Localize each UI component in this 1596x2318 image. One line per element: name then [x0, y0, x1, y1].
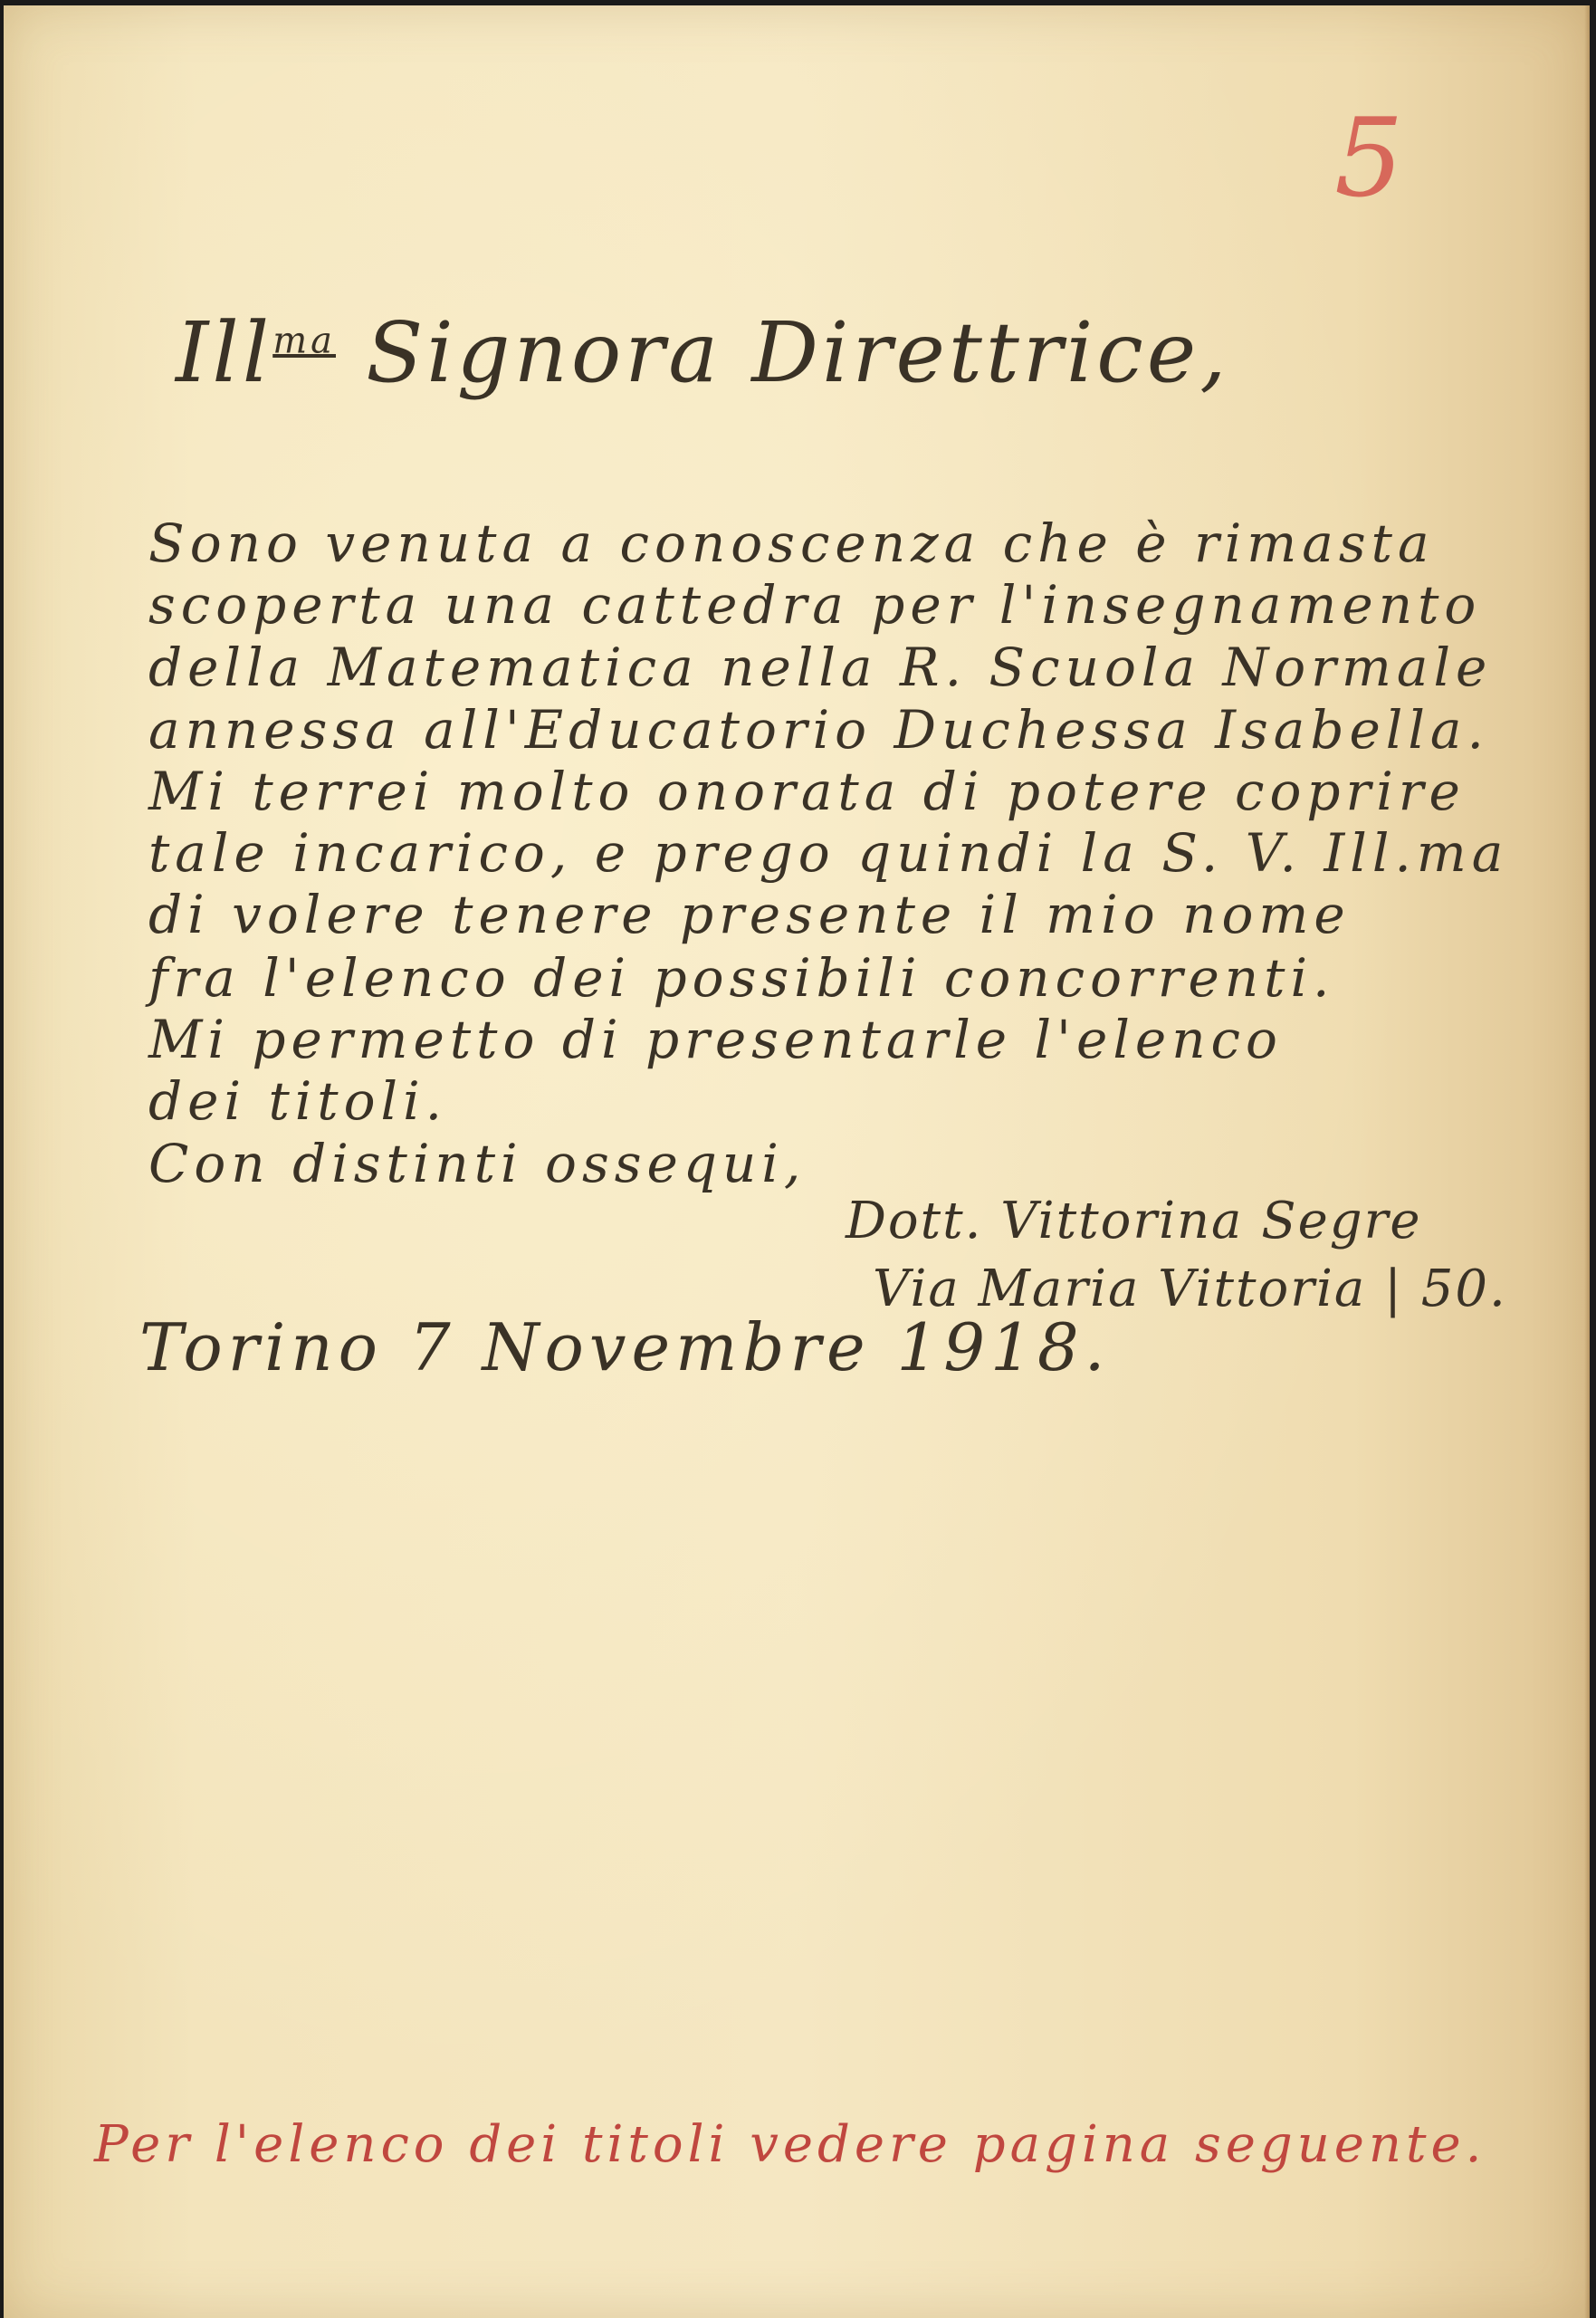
body-line: di volere tenere presente il mio nome — [148, 884, 1351, 945]
body-line: annessa all'Educatorio Duchessa Isabella… — [148, 699, 1489, 761]
page-edge — [1584, 5, 1590, 2318]
date-line: Torino 7 Novembre 1918. — [139, 1309, 1111, 1385]
salutation-superscript: ma — [272, 320, 336, 361]
body-line: dei titoli. — [148, 1070, 447, 1132]
signature-name: Dott. Vittorina Segre — [846, 1192, 1422, 1250]
body-line: Mi permetto di presentarle l'elenco — [148, 1009, 1283, 1070]
body-line: scoperta una cattedra per l'insegnamento — [148, 574, 1481, 636]
red-annotation: Per l'elenco dei titoli vedere pagina se… — [94, 2115, 1486, 2174]
page-number: 5 — [1334, 96, 1403, 222]
salutation-text: Signora Direttrice, — [366, 304, 1229, 401]
salutation: Illma Signora Direttrice, — [176, 304, 1229, 401]
body-line: Sono venuta a conoscenza che è rimasta — [148, 512, 1435, 574]
body-line: tale incarico, e prego quindi la S. V. I… — [148, 822, 1508, 884]
body-line: della Matematica nella R. Scuola Normale — [148, 637, 1492, 698]
letter-page: 5 Illma Signora Direttrice, Sono venuta … — [4, 5, 1590, 2318]
body-line: Mi terrei molto onorata di potere coprir… — [148, 761, 1466, 822]
body-line: fra l'elenco dei possibili concorrenti. — [148, 947, 1334, 1009]
closing-line: Con distinti ossequi, — [148, 1133, 806, 1194]
salutation-prefix: Ill — [176, 304, 272, 401]
